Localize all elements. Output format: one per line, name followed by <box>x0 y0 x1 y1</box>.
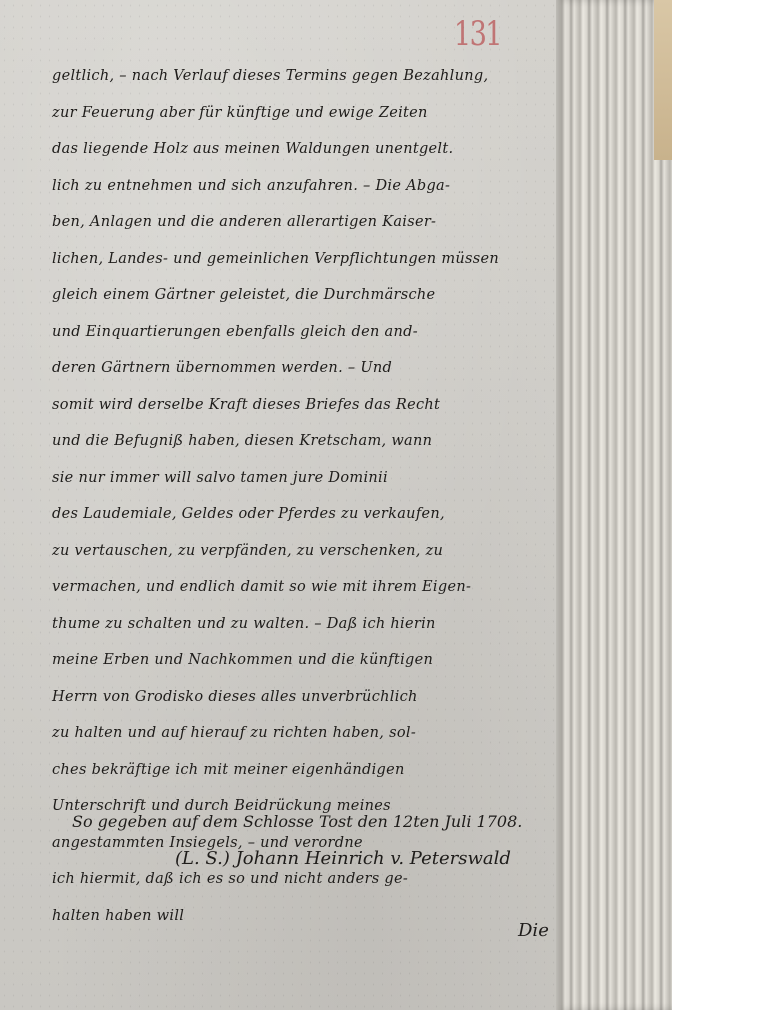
text-line: ich hiermit, daß ich es so und nicht and… <box>52 861 592 898</box>
text-line: zu vertauschen, zu verpfänden, zu versch… <box>52 533 592 570</box>
text-line: das liegende Holz aus meinen Waldungen u… <box>52 131 592 168</box>
text-line: ches bekräftige ich mit meiner eigenhänd… <box>52 752 592 789</box>
document-photo: 131 geltlich, – nach Verlauf dieses Term… <box>0 0 672 1010</box>
text-line: und die Befugniß haben, diesen Kretscham… <box>52 423 592 460</box>
text-line: ben, Anlagen und die anderen allerartige… <box>52 204 592 241</box>
text-line: vermachen, und endlich damit so wie mit … <box>52 569 592 606</box>
text-line: geltlich, – nach Verlauf dieses Termins … <box>52 58 592 95</box>
text-line: Herrn von Grodisko dieses alles unverbrü… <box>52 679 592 716</box>
text-line: thume zu schalten und zu walten. – Daß i… <box>52 606 592 643</box>
text-line: gleich einem Gärtner geleistet, die Durc… <box>52 277 592 314</box>
text-line: somit wird derselbe Kraft dieses Briefes… <box>52 387 592 424</box>
folio-number: 131 <box>454 14 501 54</box>
text-line: des Laudemiale, Geldes oder Pferdes zu v… <box>52 496 592 533</box>
catchword: Die <box>518 920 549 941</box>
signature: (L. S.) Johann Heinrich v. Peterswald <box>175 848 511 869</box>
text-line: deren Gärtnern übernommen werden. – Und <box>52 350 592 387</box>
text-line: sie nur immer will salvo tamen jure Domi… <box>52 460 592 497</box>
manuscript-page: 131 geltlich, – nach Verlauf dieses Term… <box>0 0 608 1010</box>
text-line: meine Erben und Nachkommen und die künft… <box>52 642 592 679</box>
stacked-page-edges <box>556 0 672 1010</box>
text-line: angestammten Insiegels, – und verordne <box>52 825 592 862</box>
text-line: zu halten und auf hierauf zu richten hab… <box>52 715 592 752</box>
closing-date-line: So gegeben auf dem Schlosse Tost den 12t… <box>72 812 522 831</box>
body-text: geltlich, – nach Verlauf dieses Termins … <box>52 58 592 934</box>
text-line: lich zu entnehmen und sich anzufahren. –… <box>52 168 592 205</box>
text-line: Unterschrift und durch Beidrückung meine… <box>52 788 592 825</box>
text-line: und Einquartierungen ebenfalls gleich de… <box>52 314 592 351</box>
text-line: lichen, Landes- und gemeinlichen Verpfli… <box>52 241 592 278</box>
text-line: zur Feuerung aber für künftige und ewige… <box>52 95 592 132</box>
text-line: halten haben will <box>52 898 592 935</box>
